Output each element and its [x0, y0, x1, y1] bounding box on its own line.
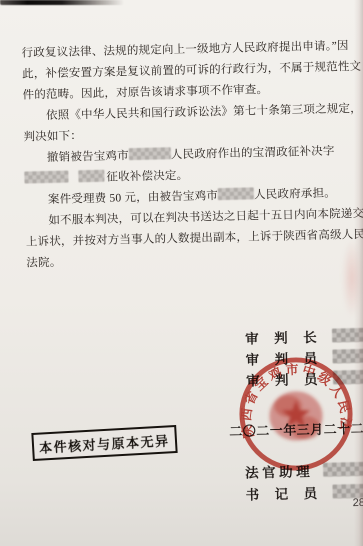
judgment-body: 行政复议法律、法规的规定向上一级地方人民政府提出申请。”因 此，补偿安置方案是复… [21, 36, 356, 274]
scan-edge-artifact [0, 0, 124, 5]
court-seal: 陕西省宝鸡市中级人民法院 [237, 355, 355, 473]
body-text: 人民政府作出的宝渭政征补决字 [171, 146, 335, 162]
scanned-judgment-page: 行政复议法律、法规的规定向上一级地方人民政府提出申请。”因 此，补偿安置方案是复… [0, 0, 363, 546]
page-edge-shadow [354, 0, 363, 546]
redacted-text [78, 170, 104, 183]
body-text: 人民政府承担。 [254, 187, 336, 201]
redacted-text [129, 147, 171, 160]
redacted-text [218, 187, 254, 200]
clerk-label: 书 记 员 [245, 482, 318, 504]
body-text: 征收补偿决定。 [106, 170, 188, 184]
body-text: 案件受理费 50 元，由被告宝鸡市 [48, 190, 218, 206]
presiding-judge-row: 审 判 长 [245, 324, 363, 347]
clerk-row: 书 记 员 [245, 480, 363, 503]
body-text: 撤销被告宝鸡市 [47, 150, 129, 164]
presiding-judge-label: 审 判 长 [245, 326, 318, 348]
seal-center-blob [269, 391, 322, 440]
redacted-text [24, 171, 68, 184]
